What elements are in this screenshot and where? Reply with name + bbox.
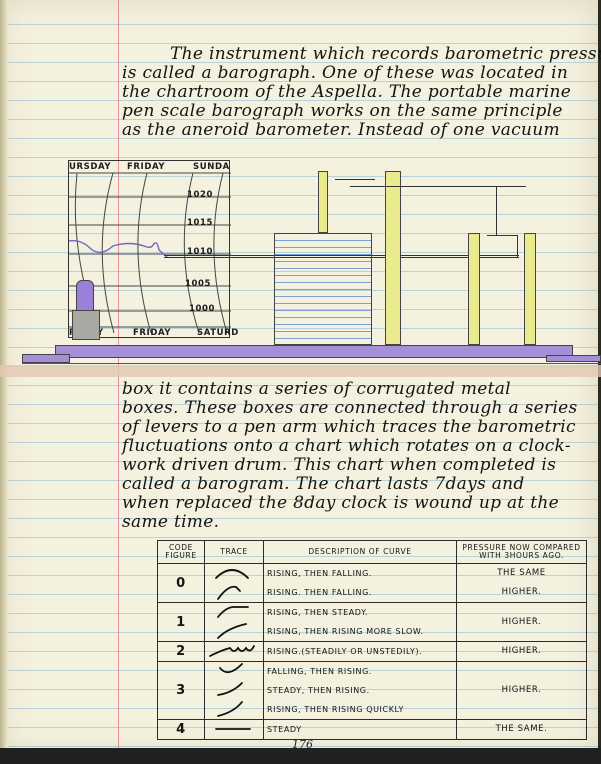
- scan-edge: [0, 748, 601, 764]
- pressure-trace: [69, 241, 167, 257]
- trace-cell: [205, 662, 264, 720]
- pressure-value: THE SAME.: [460, 720, 583, 739]
- code-figure: 0: [158, 564, 205, 603]
- text-line: pen scale barograph works on the same pr…: [122, 102, 601, 121]
- trace-cell: [205, 603, 264, 642]
- barograph-drawing: URSDAY FRIDAY SUNDA RSDAY FRIDAY SATURD …: [0, 155, 601, 380]
- trace-cell: [205, 564, 264, 603]
- code-figure: 1: [158, 603, 205, 642]
- pressure-value: HIGHER.: [460, 642, 583, 661]
- ink-stand: [72, 310, 100, 340]
- text-line: boxes. These boxes are connected through…: [122, 399, 578, 418]
- pressure-cell: HIGHER.: [457, 642, 587, 662]
- trace-cell: [205, 642, 264, 662]
- lever-bar: [335, 179, 375, 180]
- pressure-cell: THE SAME.: [457, 720, 587, 740]
- day-label: URSDAY: [69, 162, 111, 172]
- pressure-value: HIGHER.: [460, 613, 583, 632]
- base-plate: [22, 357, 601, 364]
- header-trace: TRACE: [205, 541, 264, 564]
- trace-rise-quick-icon: [208, 700, 258, 719]
- text-line: the chartroom of the Aspella. The portab…: [122, 83, 601, 102]
- code-figure: 3: [158, 662, 205, 720]
- barometric-tendency-table: CODE FIGURE TRACE DESCRIPTION OF CURVE P…: [157, 540, 587, 740]
- table-row: 4STEADYTHE SAME.: [158, 720, 587, 740]
- table-row: 1RISING, THEN STEADY.RISING, THEN RISING…: [158, 603, 587, 642]
- text-line: The instrument which records barometric …: [122, 45, 601, 64]
- description-cell: STEADY: [264, 720, 457, 740]
- lever-rod: [496, 186, 497, 236]
- header-pressure: PRESSURE NOW COMPARED WITH 3HOURS AGO.: [457, 541, 587, 564]
- trace-cell: [205, 720, 264, 740]
- ink-bottle: [76, 280, 94, 312]
- trace-rise-slow-icon: [208, 622, 258, 641]
- day-label: FRIDAY: [133, 328, 171, 338]
- pressure-value: THE SAME: [460, 564, 583, 583]
- header-description: DESCRIPTION OF CURVE: [264, 541, 457, 564]
- description-line: RISING, THEN RISING MORE SLOW.: [267, 622, 453, 641]
- table-row: 0RISING, THEN FALLING.RISING. THEN FALLI…: [158, 564, 587, 603]
- trace-arc-icon: [208, 564, 258, 583]
- description-line: RISING, THEN STEADY.: [267, 603, 453, 622]
- pillar: [468, 233, 480, 345]
- trace-rise-steady-icon: [208, 603, 258, 622]
- description-line: STEADY, THEN RISING.: [267, 681, 453, 700]
- day-label: SATURD: [197, 328, 239, 338]
- description-line: RISING. THEN FALLING.: [267, 583, 453, 602]
- trace-rising-wavy-icon: [208, 642, 258, 661]
- trace-flat-icon: [208, 720, 258, 739]
- text-line: box it contains a series of corrugated m…: [122, 380, 578, 399]
- text-line: work driven drum. This chart when comple…: [122, 456, 578, 475]
- pressure-cell: HIGHER.: [457, 603, 587, 642]
- text-line: same time.: [122, 513, 578, 532]
- description-line: RISING.(STEADILY OR UNSTEDILY).: [267, 642, 453, 661]
- table-header-row: CODE FIGURE TRACE DESCRIPTION OF CURVE P…: [158, 541, 587, 564]
- notebook-page: The instrument which records barometric …: [0, 0, 598, 755]
- day-label: SUNDA: [193, 162, 230, 172]
- day-label: FRIDAY: [127, 162, 165, 172]
- trace-steady-rise-icon: [208, 681, 258, 700]
- description-cell: RISING, THEN FALLING.RISING. THEN FALLIN…: [264, 564, 457, 603]
- barograph-base-lower: [546, 355, 601, 362]
- trace-fall-rise-icon: [208, 662, 258, 681]
- pillar: [318, 171, 328, 233]
- description-line: RISING, THEN FALLING.: [267, 564, 453, 583]
- description-line: RISING, THEN RISING QUICKLY: [267, 700, 453, 719]
- scale-label: 1005: [185, 279, 211, 289]
- code-figure: 4: [158, 720, 205, 740]
- paragraph-bottom: box it contains a series of corrugated m…: [122, 380, 578, 532]
- paragraph-top: The instrument which records barometric …: [122, 45, 601, 140]
- lever-bar: [350, 186, 526, 187]
- description-line: FALLING, THEN RISING.: [267, 662, 453, 681]
- pressure-cell: HIGHER.: [457, 662, 587, 720]
- table-row: 2RISING.(STEADILY OR UNSTEDILY).HIGHER.: [158, 642, 587, 662]
- text-line: of levers to a pen arm which traces the …: [122, 418, 578, 437]
- table-surface: [0, 365, 601, 377]
- trace-rise-fall-icon: [208, 583, 258, 602]
- pressure-value: HIGHER.: [460, 681, 583, 700]
- table-row: 3FALLING, THEN RISING.STEADY, THEN RISIN…: [158, 662, 587, 720]
- pillar: [524, 233, 536, 345]
- text-line: fluctuations onto a chart which rotates …: [122, 437, 578, 456]
- code-figure: 2: [158, 642, 205, 662]
- pillar: [385, 171, 401, 345]
- scale-label: 1000: [189, 304, 215, 314]
- header-code: CODE FIGURE: [158, 541, 205, 564]
- pen-holder: [487, 235, 518, 258]
- text-line: as the aneroid barometer. Instead of one…: [122, 121, 601, 140]
- scale-label: 1015: [187, 218, 213, 228]
- description-cell: FALLING, THEN RISING.STEADY, THEN RISING…: [264, 662, 457, 720]
- description-cell: RISING.(STEADILY OR UNSTEDILY).: [264, 642, 457, 662]
- text-line: is called a barograph. One of these was …: [122, 64, 601, 83]
- description-cell: RISING, THEN STEADY.RISING, THEN RISING …: [264, 603, 457, 642]
- text-line: called a barogram. The chart lasts 7days…: [122, 475, 578, 494]
- scale-label: 1020: [187, 190, 213, 200]
- aneroid-capsules: [274, 233, 372, 345]
- pressure-value: HIGHER.: [460, 583, 583, 602]
- pressure-cell: THE SAMEHIGHER.: [457, 564, 587, 603]
- text-line: when replaced the 8day clock is wound up…: [122, 494, 578, 513]
- description-line: STEADY: [267, 720, 453, 739]
